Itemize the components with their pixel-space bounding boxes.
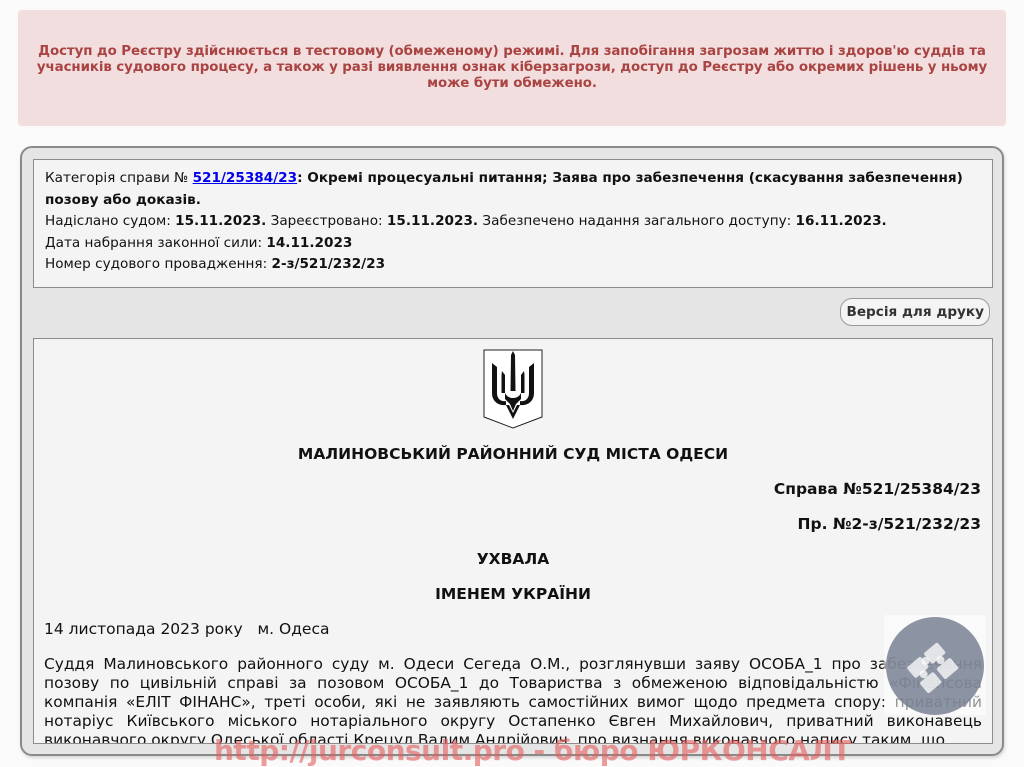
case-info-panel: Категорія справи № 521/25384/23: Окремі … [33,159,993,288]
proceeding-label: Номер судового провадження: [45,256,272,272]
decision-body-text: Суддя Малиновського районного суду м. Од… [44,655,982,744]
decision-frame: Категорія справи № 521/25384/23: Окремі … [20,146,1004,756]
ukraine-trident-icon [483,349,543,429]
in-the-name-heading: ІМЕНЕМ УКРАЇНИ [34,585,992,603]
court-name: МАЛИНОВСЬКИЙ РАЙОННИЙ СУД МІСТА ОДЕСИ [34,445,992,463]
puzzle-pieces-icon [886,617,984,715]
sent-date: 15.11.2023. [175,213,266,229]
badge-circle [886,617,984,715]
category-label: Категорія справи № [45,170,193,186]
access-notice-banner: Доступ до Реєстру здійснюється в тестово… [18,10,1006,126]
decision-document: МАЛИНОВСЬКИЙ РАЙОННИЙ СУД МІСТА ОДЕСИ Сп… [33,338,993,744]
case-category-line: Категорія справи № 521/25384/23: Окремі … [45,168,981,211]
date-place-line: 14 листопада 2023 року м. Одеса [44,620,329,638]
proceeding-number-heading: Пр. №2-з/521/232/23 [798,515,982,533]
print-version-button[interactable]: Версія для друку [840,298,990,326]
proceeding-number: 2-з/521/232/23 [272,256,386,272]
watermark-text: http://jurconsult.pro - бюро ЮРКОНСАЛТ [214,734,851,767]
document-type: УХВАЛА [34,550,992,568]
registered-date: 15.11.2023. [387,213,478,229]
proceeding-number-line: Номер судового провадження: 2-з/521/232/… [45,254,981,276]
puzzle-badge-icon[interactable] [884,615,986,715]
effective-label: Дата набрання законної сили: [45,235,266,251]
case-number: Справа №521/25384/23 [774,480,981,498]
effective-date: 14.11.2023 [266,235,352,251]
access-label: Забезпечено надання загального доступу: [478,213,795,229]
dates-line: Надіслано судом: 15.11.2023. Зареєстрова… [45,211,981,233]
registered-label: Зареєстровано: [266,213,387,229]
access-date: 16.11.2023. [796,213,887,229]
effective-date-line: Дата набрання законної сили: 14.11.2023 [45,233,981,255]
sent-label: Надіслано судом: [45,213,175,229]
access-notice-text: Доступ до Реєстру здійснюється в тестово… [36,44,988,92]
case-number-link[interactable]: 521/25384/23 [193,170,298,186]
